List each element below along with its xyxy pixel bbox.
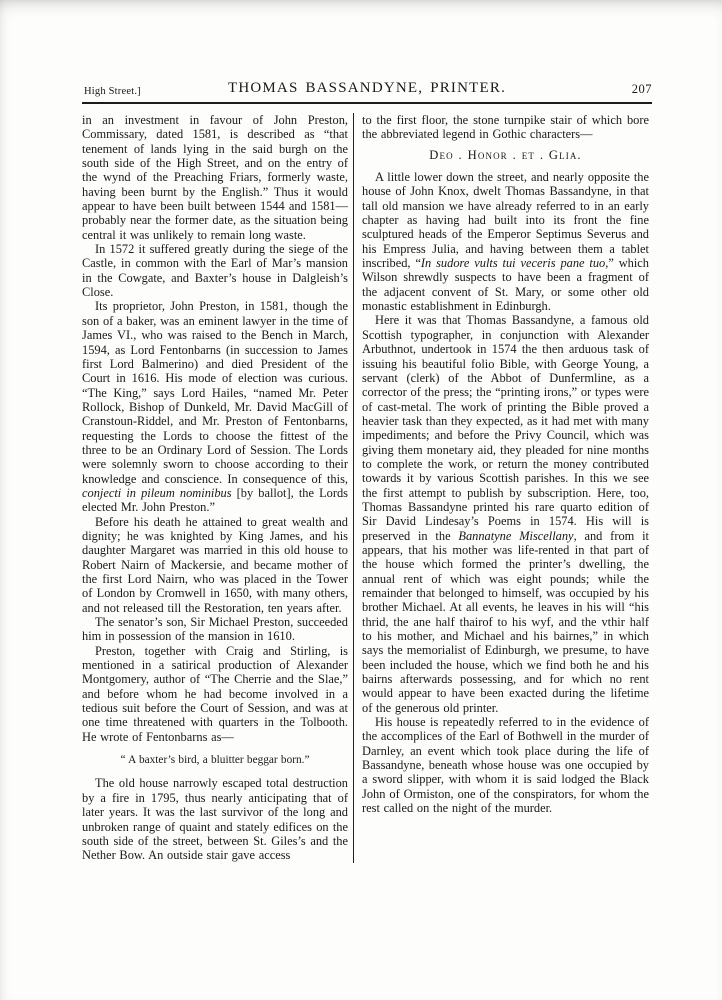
page-number: 207: [632, 82, 652, 97]
text-run: Here it was that Thomas Bassandyne, a fa…: [362, 313, 649, 542]
text-run: The old house narrowly escaped total des…: [82, 776, 348, 862]
italic-text-run: In sudore vults tui veceris pane tuo: [421, 256, 605, 270]
page-content: High Street.] THOMAS BASSANDYNE, PRINTER…: [82, 80, 652, 863]
paragraph: to the first floor, the stone turnpike s…: [362, 113, 649, 142]
paragraph: A little lower down the street, and near…: [362, 170, 649, 313]
running-header: High Street.] THOMAS BASSANDYNE, PRINTER…: [82, 80, 652, 97]
text-run: The senator’s son, Sir Michael Preston, …: [82, 615, 348, 643]
paragraph: In 1572 it suffered greatly during the s…: [82, 242, 348, 299]
page-title: THOMAS BASSANDYNE, PRINTER.: [82, 80, 652, 97]
paragraph: in an investment in favour of John Prest…: [82, 113, 348, 242]
text-run: A little lower down the street, and near…: [362, 170, 649, 270]
text-run: “ A baxter’s bird, a bluitter beggar bor…: [121, 754, 310, 766]
paragraph: Here it was that Thomas Bassandyne, a fa…: [362, 313, 649, 715]
text-run: In 1572 it suffered greatly during the s…: [82, 242, 348, 299]
text-run: Its proprietor, John Preston, in 1581, t…: [82, 299, 348, 485]
paragraph: His house is repeatedly referred to in t…: [362, 715, 649, 815]
gothic-motto: Deo . Honor . et . Glia.: [362, 148, 649, 162]
text-run: to the first floor, the stone turnpike s…: [362, 113, 649, 141]
paragraph: Preston, together with Craig and Stirlin…: [82, 644, 348, 744]
text-run: His house is repeatedly referred to in t…: [362, 715, 649, 815]
right-column: to the first floor, the stone turnpike s…: [353, 113, 649, 863]
text-run: , and from it appears, that his mother w…: [362, 529, 649, 715]
text-run: in an investment in favour of John Prest…: [82, 113, 348, 242]
text-columns: in an investment in favour of John Prest…: [82, 113, 652, 863]
header-rule: [82, 102, 652, 104]
text-run: Before his death he attained to great we…: [82, 515, 348, 615]
italic-text-run: conjecti in pileum nominibus: [82, 486, 232, 500]
italic-text-run: Bannatyne Miscellany: [458, 529, 573, 543]
paragraph: The old house narrowly escaped total des…: [82, 776, 348, 862]
verse-quote: “ A baxter’s bird, a bluitter beggar bor…: [82, 753, 348, 767]
paragraph: Its proprietor, John Preston, in 1581, t…: [82, 299, 348, 514]
left-column: in an investment in favour of John Prest…: [82, 113, 353, 863]
paragraph: The senator’s son, Sir Michael Preston, …: [82, 615, 348, 644]
paragraph: Before his death he attained to great we…: [82, 515, 348, 615]
text-run: Deo . Honor . et . Glia.: [429, 148, 581, 162]
book-page: High Street.] THOMAS BASSANDYNE, PRINTER…: [0, 0, 722, 1000]
text-run: Preston, together with Craig and Stirlin…: [82, 644, 348, 744]
